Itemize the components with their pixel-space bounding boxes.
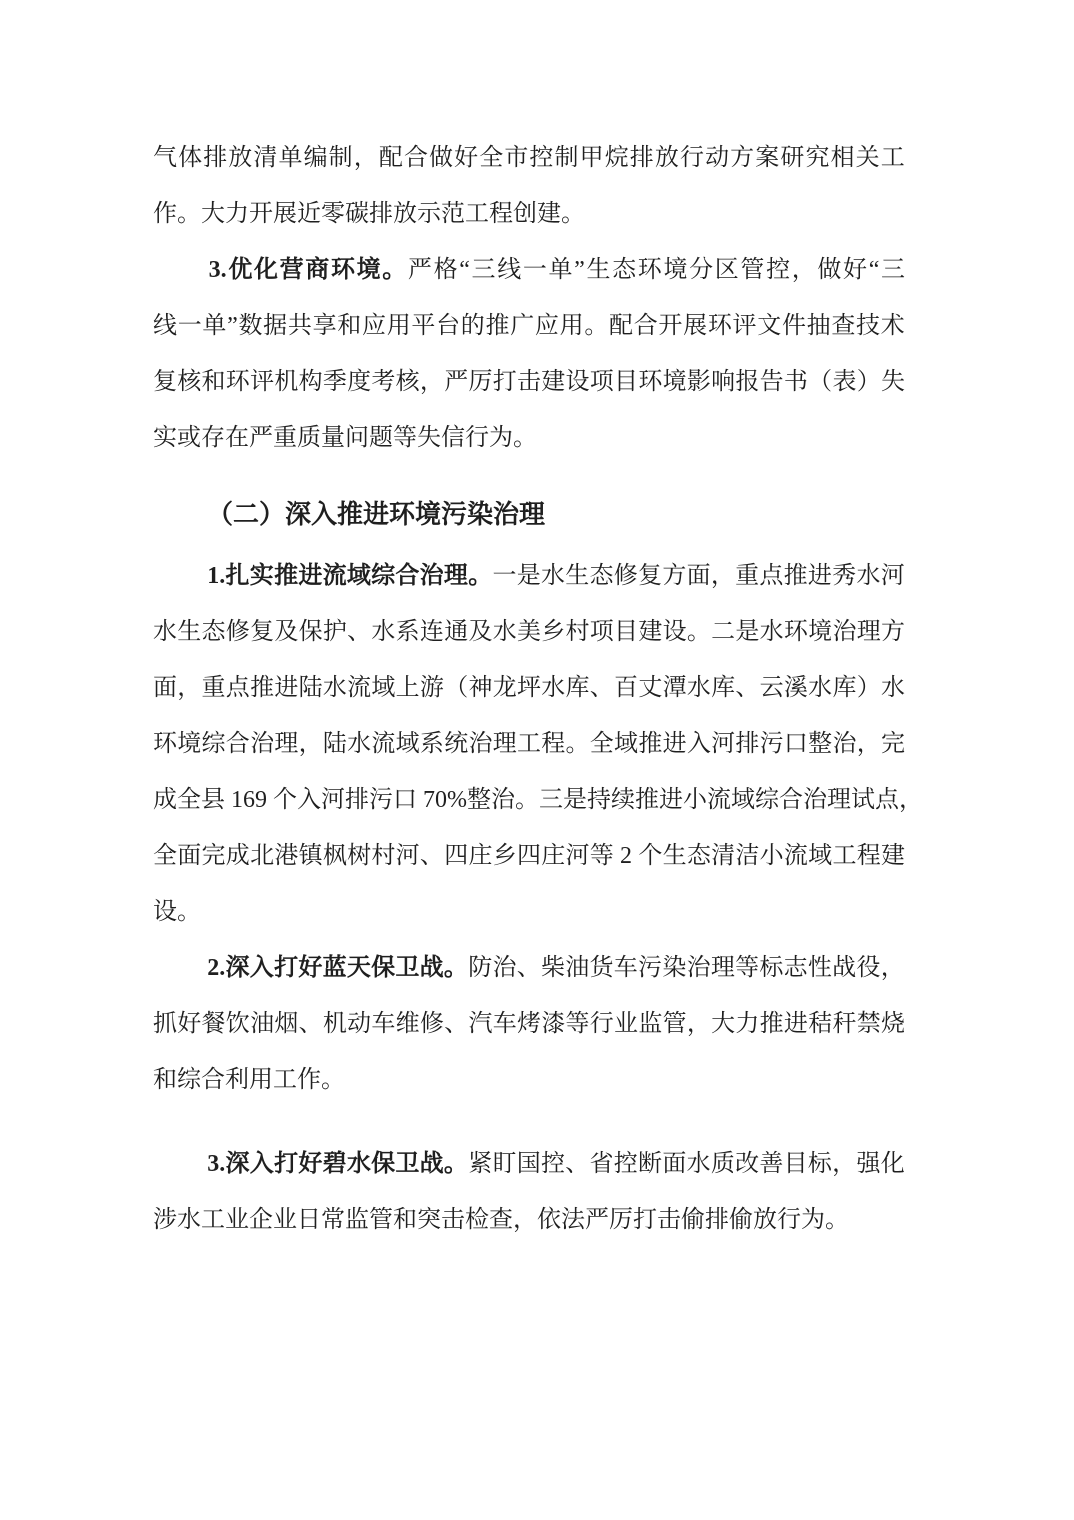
text-run: 面 [153, 660, 177, 716]
text-run: 天 [347, 940, 371, 996]
text-run: ， [881, 940, 905, 996]
text-run: 云 [760, 660, 784, 716]
text-run: 上 [396, 660, 420, 716]
text-run: 复 [250, 604, 274, 660]
text-run: 作。大力开展近零碳排放示范工程创建。 [153, 201, 585, 227]
text-run: 术 [881, 298, 905, 354]
text-run: 流 [323, 548, 347, 604]
text-run: 合 [404, 130, 428, 186]
text-run: 树 [347, 828, 371, 884]
text-run: 查 [831, 298, 855, 354]
text-run: 享 [313, 298, 337, 354]
text-run: 线 [153, 298, 177, 354]
text-run: 单 [549, 242, 573, 298]
text-run: 制 [329, 130, 353, 186]
text-run: 控 [529, 130, 553, 186]
text-run: 监 [638, 996, 662, 1052]
text-run: ， [299, 716, 323, 772]
text-run: 案 [755, 130, 779, 186]
text-run: 排 [630, 130, 654, 186]
text-run: 究 [805, 130, 829, 186]
text-line: 1.扎实推进流域综合治理。一是水生态修复方面，重点推进秀水河 [153, 548, 905, 604]
text-run: 进 [659, 772, 683, 828]
text-run: 入 [250, 940, 274, 996]
text-run: 生 [663, 828, 687, 884]
text-run: 全 [479, 130, 503, 186]
text-run: 核 [177, 354, 201, 410]
text-run: 统 [444, 716, 468, 772]
text-run: 程 [541, 716, 565, 772]
text-run: 项 [590, 354, 614, 410]
text-run: 行 [680, 130, 704, 186]
text-line: 2.深入打好蓝天保卫战。防治、柴油货车污染治理等标志性战役， [153, 940, 905, 996]
text-run: 柴 [541, 940, 565, 996]
text-run: ， [792, 242, 816, 298]
text-run: 项 [590, 604, 614, 660]
text-run: 深 [226, 1136, 250, 1192]
text-run: 影 [687, 354, 711, 410]
text-run: 和综合利用工作。 [153, 1067, 345, 1093]
text-run: 分 [689, 242, 713, 298]
text-run: 、 [590, 660, 614, 716]
text-run: 域 [808, 828, 832, 884]
text-run: 河 [566, 828, 590, 884]
text-run: 好 [454, 130, 478, 186]
text-run: 推 [250, 660, 274, 716]
text-run: 镇 [299, 828, 323, 884]
text-run: 及 [274, 604, 298, 660]
text-run: 2 [614, 828, 638, 884]
text-run: 环 [638, 242, 662, 298]
text-run: 护 [323, 604, 347, 660]
text-run: 北 [250, 828, 274, 884]
text-run: 、 [347, 604, 371, 660]
text-run: 水 [323, 660, 347, 716]
text-run: 等 [735, 940, 759, 996]
text-run: 村 [566, 604, 590, 660]
text-run: 控 [614, 1136, 638, 1192]
text-run: 综 [202, 716, 226, 772]
text-run: 商 [305, 242, 329, 298]
text-run: 、 [420, 828, 444, 884]
text-run: ， [832, 1136, 856, 1192]
text-run: 进 [274, 660, 298, 716]
text-run: 目 [614, 604, 638, 660]
text-run: 完 [202, 828, 226, 884]
text-run: 修 [614, 548, 638, 604]
text-run: 技 [856, 298, 880, 354]
text-run: 深 [226, 940, 250, 996]
text-line: 涉水工业企业日常监管和突击检查，依法严厉打击偷排偷放行为。 [153, 1192, 905, 1248]
text-run: 方 [730, 130, 754, 186]
text-run: 设。 [153, 899, 201, 925]
text-run: 四 [444, 828, 468, 884]
text-run: 。 [444, 1136, 468, 1192]
text-run: 治 [250, 716, 274, 772]
text-line: 全面完成北港镇枫树村河、四庄乡四庄河等 2 个生态清洁小流域工程建 [153, 828, 905, 884]
text-run: 严 [408, 242, 432, 298]
text-run: 库 [566, 660, 590, 716]
text-run: 烤 [517, 996, 541, 1052]
text-run: 战 [420, 940, 444, 996]
text-run: 污 [369, 772, 393, 828]
text-run: 化 [254, 242, 278, 298]
text-run: ， [857, 716, 881, 772]
text-run: 重 [202, 660, 226, 716]
text-run: 化 [881, 1136, 905, 1192]
text-run: 连 [420, 604, 444, 660]
text-run: 流 [784, 828, 808, 884]
section-heading: （二）深入推进环境污染治理 [153, 487, 905, 543]
text-run: 线 [497, 242, 521, 298]
text-run: 。 [468, 548, 492, 604]
text-run: 治 [468, 716, 492, 772]
text-run: 河 [396, 828, 420, 884]
paragraph: 气体排放清单编制，配合做好全市控制甲烷排放行动方案研究相关工作。大力开展近零碳排… [153, 130, 905, 242]
text-run: （二）深入推进环境污染治理 [207, 500, 545, 529]
text-run: 市 [504, 130, 528, 186]
text-run: 境 [808, 604, 832, 660]
text-run: 理 [857, 604, 881, 660]
text-run: 境 [357, 242, 381, 298]
text-run: 机 [274, 354, 298, 410]
text-run: 完 [881, 716, 905, 772]
text-run: 。 [687, 604, 711, 660]
text-run: “ [459, 242, 470, 298]
text-run: 合 [226, 716, 250, 772]
text-run: 入 [687, 716, 711, 772]
text-run: 域 [347, 548, 371, 604]
text-run: 失 [881, 354, 905, 410]
text-run: 溪 [784, 660, 808, 716]
text-run: 核 [396, 354, 420, 410]
text-run: 合 [395, 548, 419, 604]
text-run: 数 [238, 298, 262, 354]
text-run: 打 [274, 1136, 298, 1192]
text-run: “ [869, 242, 880, 298]
text-run: 庄 [468, 828, 492, 884]
text-run: 面 [662, 1136, 686, 1192]
text-run: 70% [417, 772, 467, 828]
text-run: 卫 [395, 940, 419, 996]
text-run: 、 [517, 940, 541, 996]
text-run: 的 [461, 298, 485, 354]
text-run: 环 [226, 354, 250, 410]
text-run: 村 [371, 828, 395, 884]
text-run: 用 [560, 298, 584, 354]
text-run: 理 [493, 716, 517, 772]
text-run: 构 [299, 354, 323, 410]
text-run: 一 [178, 298, 202, 354]
text-run: 推 [760, 996, 784, 1052]
text-run: 面 [687, 548, 711, 604]
text-run: 质 [711, 1136, 735, 1192]
text-run: 建 [541, 354, 565, 410]
text-run: 综 [371, 548, 395, 604]
text-line: 面，重点推进陆水流域上游（神龙坪水库、百丈潭水库、云溪水库）水 [153, 660, 905, 716]
text-run: 入 [250, 1136, 274, 1192]
text-run: 整 [808, 716, 832, 772]
text-run: 河 [881, 548, 905, 604]
text-run: 等 [590, 828, 614, 884]
text-run: 秀 [832, 548, 856, 604]
text-run: 进 [663, 716, 687, 772]
text-run: 系 [396, 604, 420, 660]
text-run: 理 [274, 716, 298, 772]
text-run: 打 [274, 940, 298, 996]
text-run: 。 [444, 940, 468, 996]
text-run: 控 [766, 242, 790, 298]
text-run: 神 [468, 660, 492, 716]
text-run: 三 [881, 242, 905, 298]
text-run: 涉水工业企业日常监管和突击检查，依法严厉打击偷排偷放行为。 [153, 1207, 849, 1233]
text-run: 染 [662, 940, 686, 996]
text-run: 治 [687, 940, 711, 996]
text-run: 修 [420, 996, 444, 1052]
text-run: 放 [655, 130, 679, 186]
text-run: 小 [683, 772, 707, 828]
text-run: 战 [832, 940, 856, 996]
text-run: 、 [735, 660, 759, 716]
text-run: 口 [784, 716, 808, 772]
text-run: 评 [733, 298, 757, 354]
text-run: 做 [429, 130, 453, 186]
text-run: 复 [638, 548, 662, 604]
text-run: 流 [707, 772, 731, 828]
text-run: 进 [298, 548, 322, 604]
text-run: 抽 [807, 298, 831, 354]
text-run: ） [857, 354, 881, 410]
text-run: 美 [517, 604, 541, 660]
text-run: 。 [584, 298, 608, 354]
paragraph: 1.扎实推进流域综合治理。一是水生态修复方面，重点推进秀水河水生态修复及保护、水… [153, 548, 905, 940]
text-run: 水 [687, 660, 711, 716]
text-line: 复核和环评机构季度考核，严厉打击建设项目环境影响报告书（表）失 [153, 354, 905, 410]
text-run: 三 [539, 772, 563, 828]
text-run: 单 [202, 298, 226, 354]
text-run: 应 [535, 298, 559, 354]
text-run: 目 [614, 354, 638, 410]
text-run: 通 [444, 604, 468, 660]
text-run: 车 [371, 996, 395, 1052]
text-run: 推 [784, 548, 808, 604]
text-run: 水 [493, 604, 517, 660]
text-run: 小 [760, 828, 784, 884]
text-run: 方 [881, 604, 905, 660]
text-run: 水 [881, 660, 905, 716]
text-run: 潭 [663, 660, 687, 716]
text-run: 建 [638, 604, 662, 660]
text-run: 治 [832, 604, 856, 660]
paragraph: 3.深入打好碧水保卫战。紧盯国控、省控断面水质改善目标，强化涉水工业企业日常监管… [153, 1136, 905, 1248]
text-run: 环 [708, 298, 732, 354]
text-run: 禁 [857, 996, 881, 1052]
text-run: 水 [687, 1136, 711, 1192]
text-run: 二 [711, 604, 735, 660]
text-run: 设 [663, 604, 687, 660]
text-run: 乡 [541, 604, 565, 660]
text-run: 控 [541, 1136, 565, 1192]
paragraph: 2.深入打好蓝天保卫战。防治、柴油货车污染治理等标志性战役，抓好餐饮油烟、机动车… [153, 940, 905, 1108]
text-run: 水 [808, 660, 832, 716]
text-run: 理 [444, 548, 468, 604]
text-run: ” [574, 242, 585, 298]
text-line: 3.优化营商环境。严格“三线一单”生态环境分区管控，做好“三 [153, 242, 905, 298]
text-run: 营 [280, 242, 304, 298]
text-run: ， [420, 354, 444, 410]
text-run: 研 [780, 130, 804, 186]
text-run: 成 [226, 828, 250, 884]
text-line: 实或存在严重质量问题等失信行为。 [153, 410, 905, 466]
text-run: 生 [586, 242, 610, 298]
text-run: 2. [207, 940, 225, 996]
text-run: 口 [393, 772, 417, 828]
text-run: 治 [832, 716, 856, 772]
text-run: 域 [731, 772, 755, 828]
text-run: 1. [207, 548, 225, 604]
text-run: 系 [420, 716, 444, 772]
text-run: 气 [153, 130, 177, 186]
text-run: 态 [202, 604, 226, 660]
text-run: 重 [735, 548, 759, 604]
text-run: 强 [856, 1136, 880, 1192]
text-run: 管 [663, 996, 687, 1052]
text-run: 做 [817, 242, 841, 298]
text-run: 县 [201, 772, 225, 828]
text-run: 管 [740, 242, 764, 298]
text-run: 车 [614, 940, 638, 996]
text-run: 表 [832, 354, 856, 410]
text-run: 点 [226, 660, 250, 716]
text-run: 大 [711, 996, 735, 1052]
text-run: 保 [371, 1136, 395, 1192]
text-line: 和综合利用工作。 [153, 1052, 905, 1108]
text-run: 进 [784, 996, 808, 1052]
text-run: 格 [434, 242, 458, 298]
text-run: ， [687, 996, 711, 1052]
text-run: 点 [759, 548, 783, 604]
text-run: 水 [347, 1136, 371, 1192]
text-run: 烟 [274, 996, 298, 1052]
text-run: 善 [759, 1136, 783, 1192]
text-run: 工 [517, 716, 541, 772]
text-run: 治 [491, 772, 515, 828]
text-run: 续 [611, 772, 635, 828]
text-run: 河 [711, 716, 735, 772]
text-run: 洁 [735, 828, 759, 884]
text-run: 境 [663, 242, 687, 298]
text-run: 水 [541, 548, 565, 604]
text-run: 清 [253, 130, 277, 186]
text-run: 及 [468, 604, 492, 660]
text-run: ， [711, 548, 735, 604]
text-run: 整 [467, 772, 491, 828]
page-content: 气体排放清单编制，配合做好全市控制甲烷排放行动方案研究相关工作。大力开展近零碳排… [153, 130, 905, 1248]
text-run: 枫 [323, 828, 347, 884]
text-run: 应 [362, 298, 386, 354]
text-run: 四 [517, 828, 541, 884]
text-run: 域 [371, 660, 395, 716]
text-run: 修 [226, 604, 250, 660]
text-run: 制 [555, 130, 579, 186]
text-run: 等 [566, 996, 590, 1052]
text-line: 设。 [153, 884, 905, 940]
text-run: 水 [347, 716, 371, 772]
text-run: 展 [683, 298, 707, 354]
text-run: 季 [323, 354, 347, 410]
text-run: 试 [851, 772, 875, 828]
text-run: ， [354, 130, 378, 186]
text-run: 一 [492, 548, 516, 604]
document-page: 气体排放清单编制，配合做好全市控制甲烷排放行动方案研究相关工作。大力开展近零碳排… [0, 0, 1074, 1520]
text-run: ） [857, 660, 881, 716]
text-run: 国 [517, 1136, 541, 1192]
text-run: 评 [250, 354, 274, 410]
text-line: 成全县 169 个入河排污口 70%整治。三是持续推进小流域综合治理试点， [153, 772, 905, 828]
text-run: 境 [177, 716, 201, 772]
text-run: 境 [663, 354, 687, 410]
text-run: 好 [177, 996, 201, 1052]
text-run: 目 [784, 1136, 808, 1192]
text-run: 方 [662, 548, 686, 604]
text-run: 关 [856, 130, 880, 186]
text-run: 庄 [541, 828, 565, 884]
text-run: 漆 [541, 996, 565, 1052]
text-run: 全 [153, 828, 177, 884]
text-run: 油 [250, 996, 274, 1052]
text-run: 紧 [468, 1136, 492, 1192]
text-run: 生 [177, 604, 201, 660]
text-run: 水 [856, 548, 880, 604]
text-run: 陆 [323, 716, 347, 772]
text-run: 抓 [153, 996, 177, 1052]
text-run: 体 [178, 130, 202, 186]
text-run: 全 [177, 772, 201, 828]
text-run: ， [177, 660, 201, 716]
text-run: 进 [808, 548, 832, 604]
text-run: 态 [612, 242, 636, 298]
text-run: 是 [563, 772, 587, 828]
text-run: 成 [153, 772, 177, 828]
text-run: 程 [857, 828, 881, 884]
text-run: 水 [371, 604, 395, 660]
text-run: 丈 [638, 660, 662, 716]
text-run: 流 [347, 660, 371, 716]
text-run: 入 [297, 772, 321, 828]
text-line: 3.深入打好碧水保卫战。紧盯国控、省控断面水质改善目标，强化 [153, 1136, 905, 1192]
text-run: 动 [705, 130, 729, 186]
text-run: 。 [566, 716, 590, 772]
text-run: 推 [274, 548, 298, 604]
text-run: 陆 [299, 660, 323, 716]
text-run: 排 [345, 772, 369, 828]
text-run: 击 [517, 354, 541, 410]
text-run: 相 [831, 130, 855, 186]
text-run: 用 [387, 298, 411, 354]
text-run: 配 [379, 130, 403, 186]
text-run: 报 [735, 354, 759, 410]
text-run: 个 [638, 828, 662, 884]
text-run: 志 [784, 940, 808, 996]
first-line-indent [153, 1136, 207, 1192]
text-run: 推 [638, 716, 662, 772]
text-run: 一 [523, 242, 547, 298]
text-run: 生 [565, 548, 589, 604]
text-run: ” [227, 298, 238, 354]
text-run: 广 [510, 298, 534, 354]
text-run: 行 [590, 996, 614, 1052]
text-run: 和 [202, 354, 226, 410]
